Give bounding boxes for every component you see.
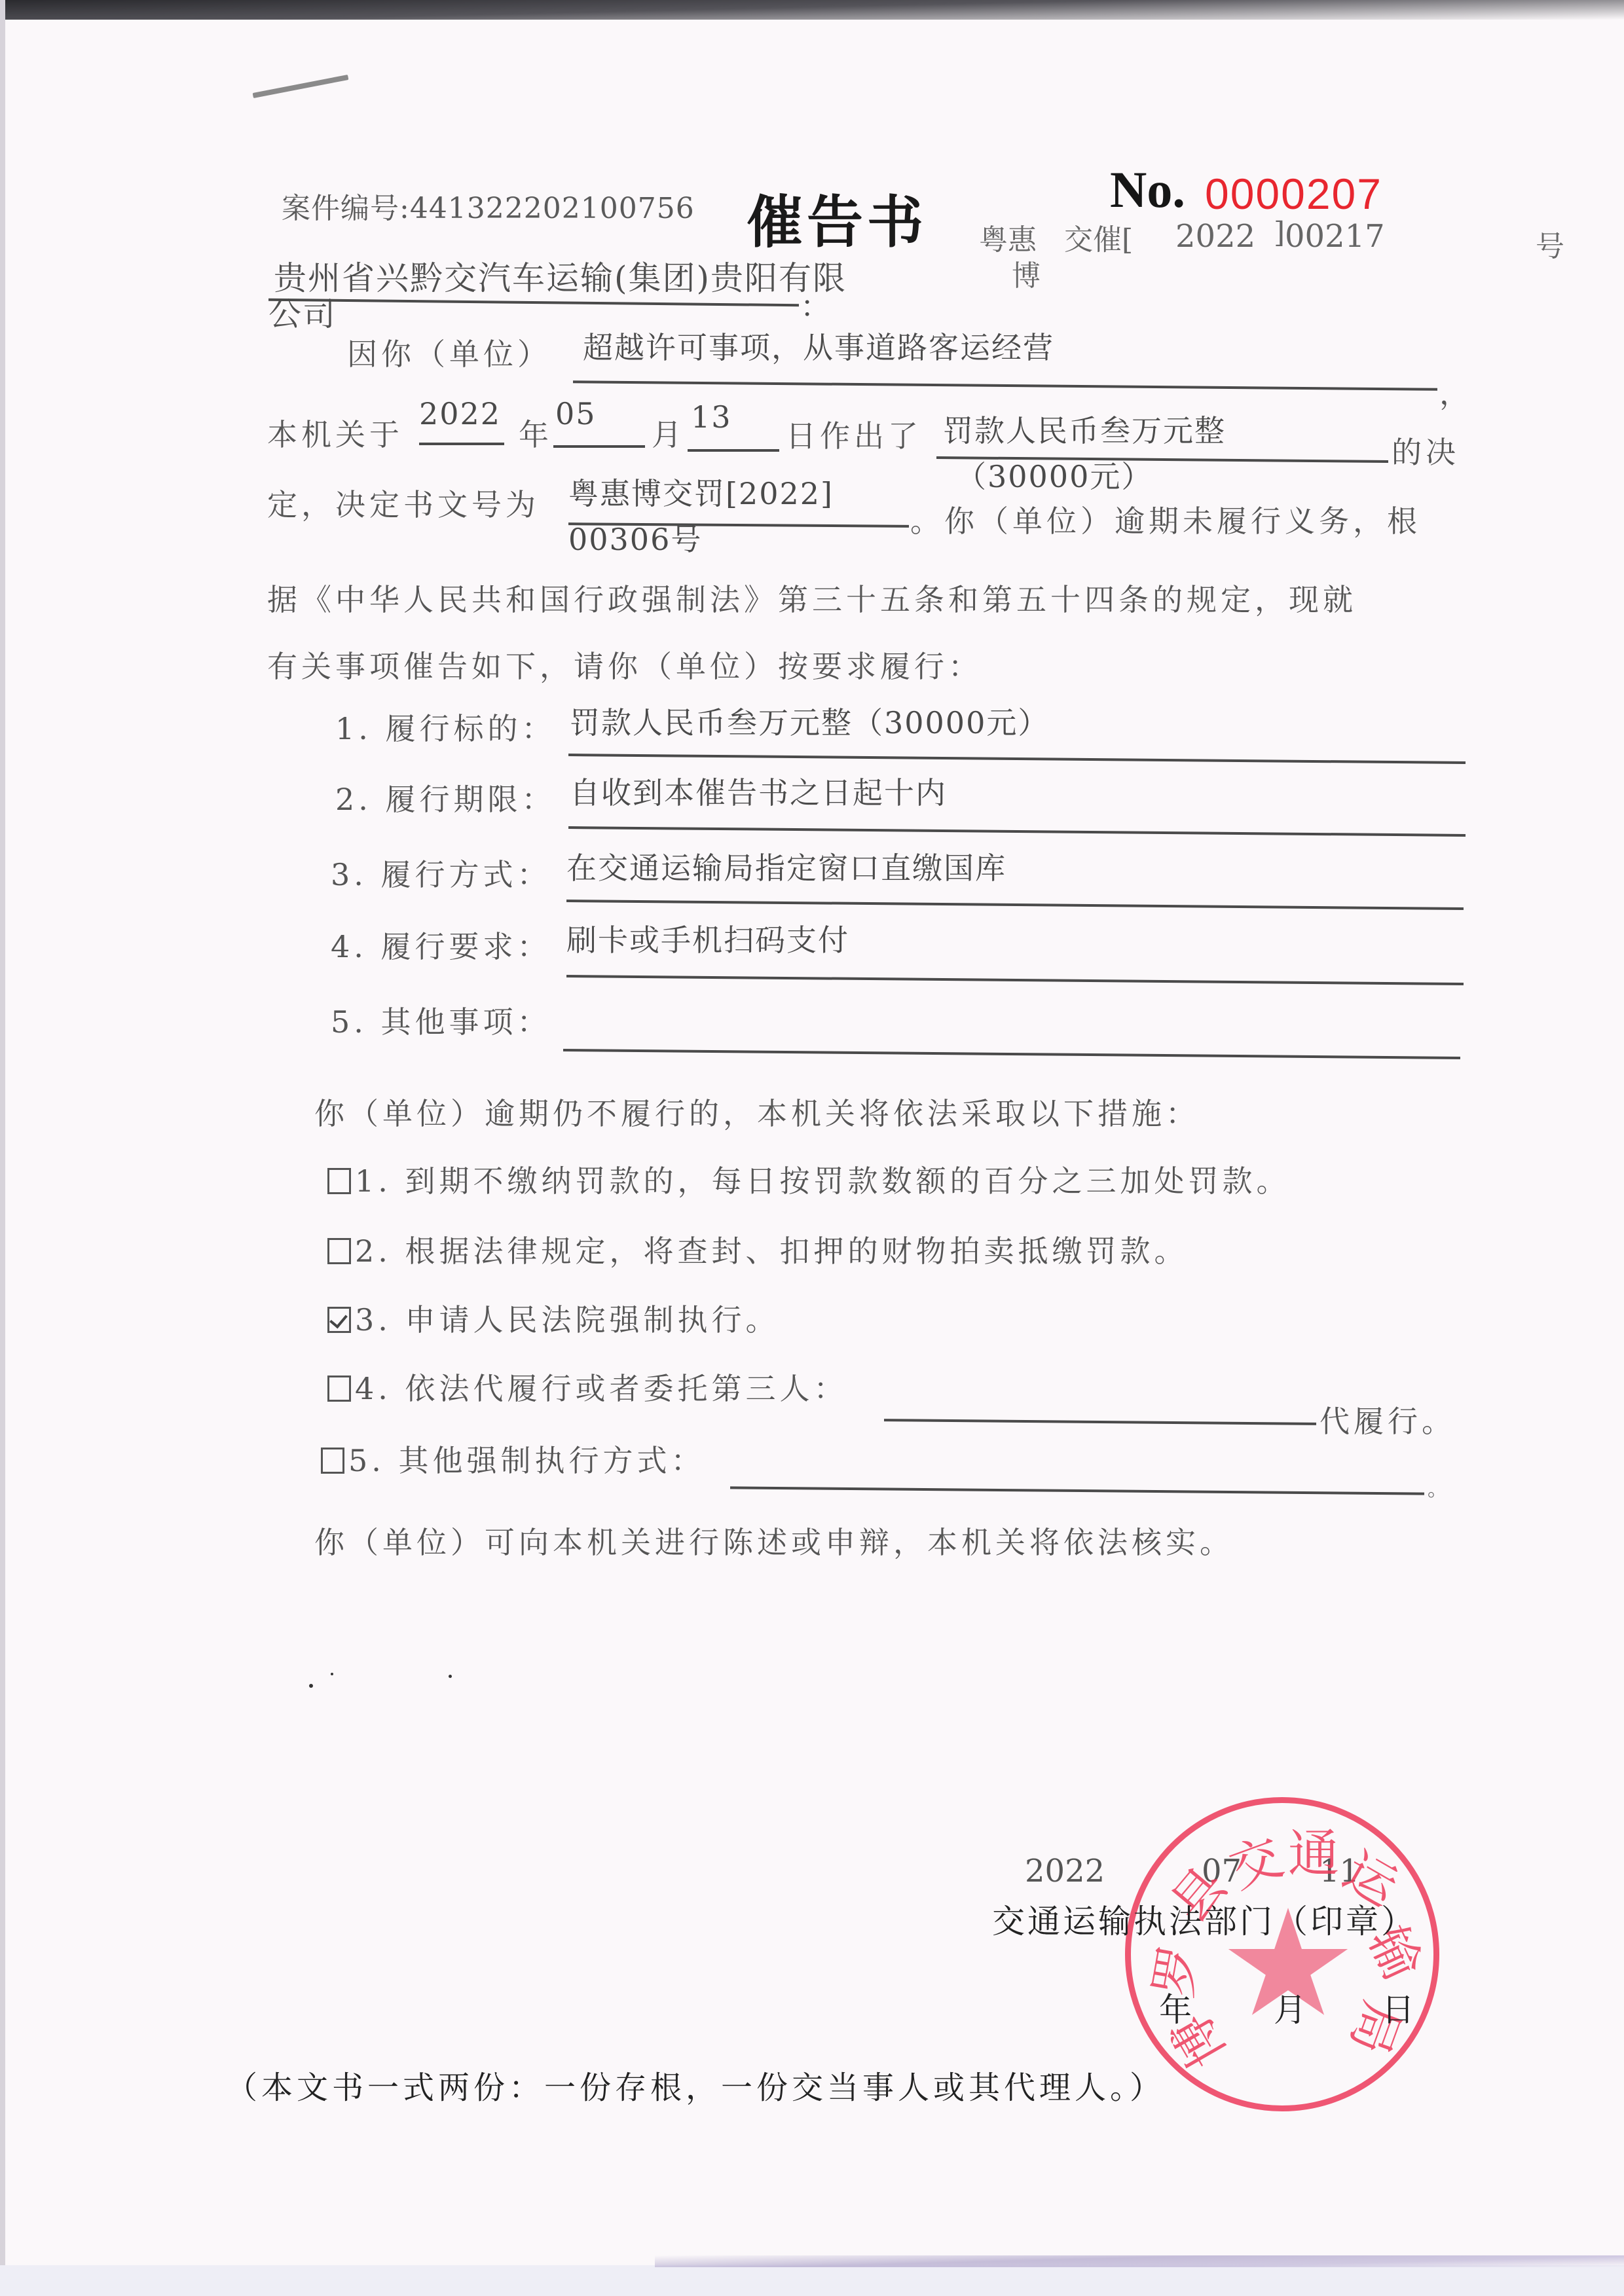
scan-speck [449,1675,452,1678]
appeal-notice: 你（单位）可向本机关进行陈述或申辩，本机关将依法核实。 [314,1519,1234,1562]
measures-intro: 你（单位）逾期仍不履行的，本机关将依法采取以下措施： [314,1090,1200,1133]
measure-4: 4. 依法代履行或者委托第三人： [327,1365,848,1408]
doc-number-year: 2022 [1175,218,1255,255]
case-number: 案件编号:441322202100756 [282,185,695,227]
requirement-3-label: 3. 履行方式： [331,851,551,894]
measure-3-checkbox-checked[interactable] [327,1307,351,1333]
issuing-department: 交通运输执法部门（印章） [992,1895,1416,1942]
serial-prefix: No. [1110,160,1185,219]
seal-char: 通 [1288,1813,1339,1886]
day-label: 日作出了 [786,412,922,456]
requirement-1-value: 罚款人民币叁万元整（30000元） [570,699,1049,742]
scan-edge-top [0,0,1624,20]
requirement-3-value: 在交通运输局指定窗口直缴国库 [566,845,1006,888]
doc-number-type: 交催[ [1064,216,1133,258]
decision-prefix: 本机关于 [267,411,403,454]
recipient-underline [268,299,799,306]
scan-speck [331,1673,333,1675]
decision-content: 罚款人民币叁万元整 [943,407,1226,450]
requirement-4-underline [566,975,1464,985]
requirement-5-label: 5. 其他事项： [331,998,551,1042]
measure-2-text: 2. 根据法律规定，将查封、扣押的财物拍卖抵缴罚款。 [355,1233,1189,1269]
reason-prefix: 因你（单位） [347,331,551,374]
scan-speck [309,1684,313,1688]
doc-number-bracket: ] [1274,216,1285,249]
measure-4-underline [884,1419,1316,1425]
decision-doc-prefix: 定，决定书文号为 [267,481,540,524]
recipient-colon: ： [800,283,832,326]
measure-4-checkbox[interactable] [327,1376,351,1402]
decision-suffix: 的决 [1392,429,1460,472]
measure-5-suffix: 。 [1428,1473,1451,1502]
requirement-2-label: 2. 履行期限： [335,776,556,819]
requirement-3-underline [566,900,1464,910]
serial-number: 0000207 [1205,169,1382,219]
measure-1: 1. 到期不缴纳罚款的，每日按罚款数额的百分之三加处罚款。 [327,1157,1291,1201]
reason-value: 超越许可事项，从事道路客运经营 [583,324,1054,367]
decision-month-underline [553,445,645,448]
sign-year-label: 年 [1159,1984,1194,2031]
measure-4-text: 4. 依法代履行或者委托第三人： [355,1371,848,1406]
measure-2-checkbox[interactable] [327,1238,351,1264]
legal-basis-line: 据《中华人民共和国行政强制法》第三十五条和第五十四条的规定，现就 [267,576,1357,619]
requirement-1-underline [568,754,1466,764]
measure-1-checkbox[interactable] [327,1168,351,1194]
decision-year: 2022 [419,396,501,431]
scan-edge-bottom-fill [0,2265,1624,2296]
notice-intro-line: 有关事项催告如下，请你（单位）按要求履行： [267,643,982,686]
scan-edge-left [0,0,5,2296]
measure-5-checkbox[interactable] [321,1448,344,1474]
reason-end: ， [1439,370,1473,413]
decision-doc-line1: 粤惠博交罚[2022] [568,470,834,513]
decision-content-amount: （30000元） [956,453,1153,496]
measure-5-text: 5. 其他强制执行方式： [348,1443,705,1478]
requirement-2-underline [568,826,1466,837]
decision-doc-line2: 00306号 [568,516,702,559]
pen-mark [253,75,349,98]
decision-year-underline [419,443,504,445]
measure-5: 5. 其他强制执行方式： [321,1437,705,1480]
decision-day-underline [688,449,779,452]
decision-month: 05 [555,396,597,431]
sign-month-label: 月 [1274,1984,1309,2031]
doc-number-region-sub: 博 [1012,252,1041,294]
requirement-4-value: 刷卡或手机扫码支付 [566,917,849,960]
doc-number-suffix: 号 [1536,223,1564,264]
reason-underline [573,380,1437,391]
decision-doc-suffix: 。你（单位）逾期未履行义务，根 [910,498,1421,541]
official-seal: 交 通 运 输 局 县 罗 博 [1125,1797,1439,2111]
month-label: 月 [652,411,686,454]
measure-4-suffix: 代履行。 [1319,1398,1456,1441]
measure-3-text: 3. 申请人民法院强制执行。 [355,1302,780,1338]
measure-2: 2. 根据法律规定，将查封、扣押的财物拍卖抵缴罚款。 [327,1228,1189,1271]
requirement-1-label: 1. 履行标的： [335,705,556,748]
doc-number-seq: 00217 [1285,218,1385,255]
sign-date-year: 2022 [1025,1853,1105,1889]
document-title: 催告书 [747,177,927,258]
requirement-4-label: 4. 履行要求： [331,923,551,966]
recipient-line2: 公司 [268,288,337,335]
decision-day: 13 [691,399,732,435]
requirement-5-underline [563,1049,1460,1059]
measure-1-text: 1. 到期不缴纳罚款的，每日按罚款数额的百分之三加处罚款。 [355,1163,1291,1199]
scan-edge-bottom [655,2255,1624,2267]
recipient-line1: 贵州省兴黔交汽车运输(集团)贵阳有限 [274,252,847,299]
measure-3: 3. 申请人民法院强制执行。 [327,1296,780,1339]
year-label: 年 [519,411,553,454]
sign-day-label: 日 [1382,1984,1417,2031]
requirement-2-value: 自收到本催告书之日起十内 [570,769,947,812]
measure-5-underline [730,1486,1424,1495]
footer-note: （本文书一式两份：一份存根，一份交当事人或其代理人。） [226,2062,1165,2107]
